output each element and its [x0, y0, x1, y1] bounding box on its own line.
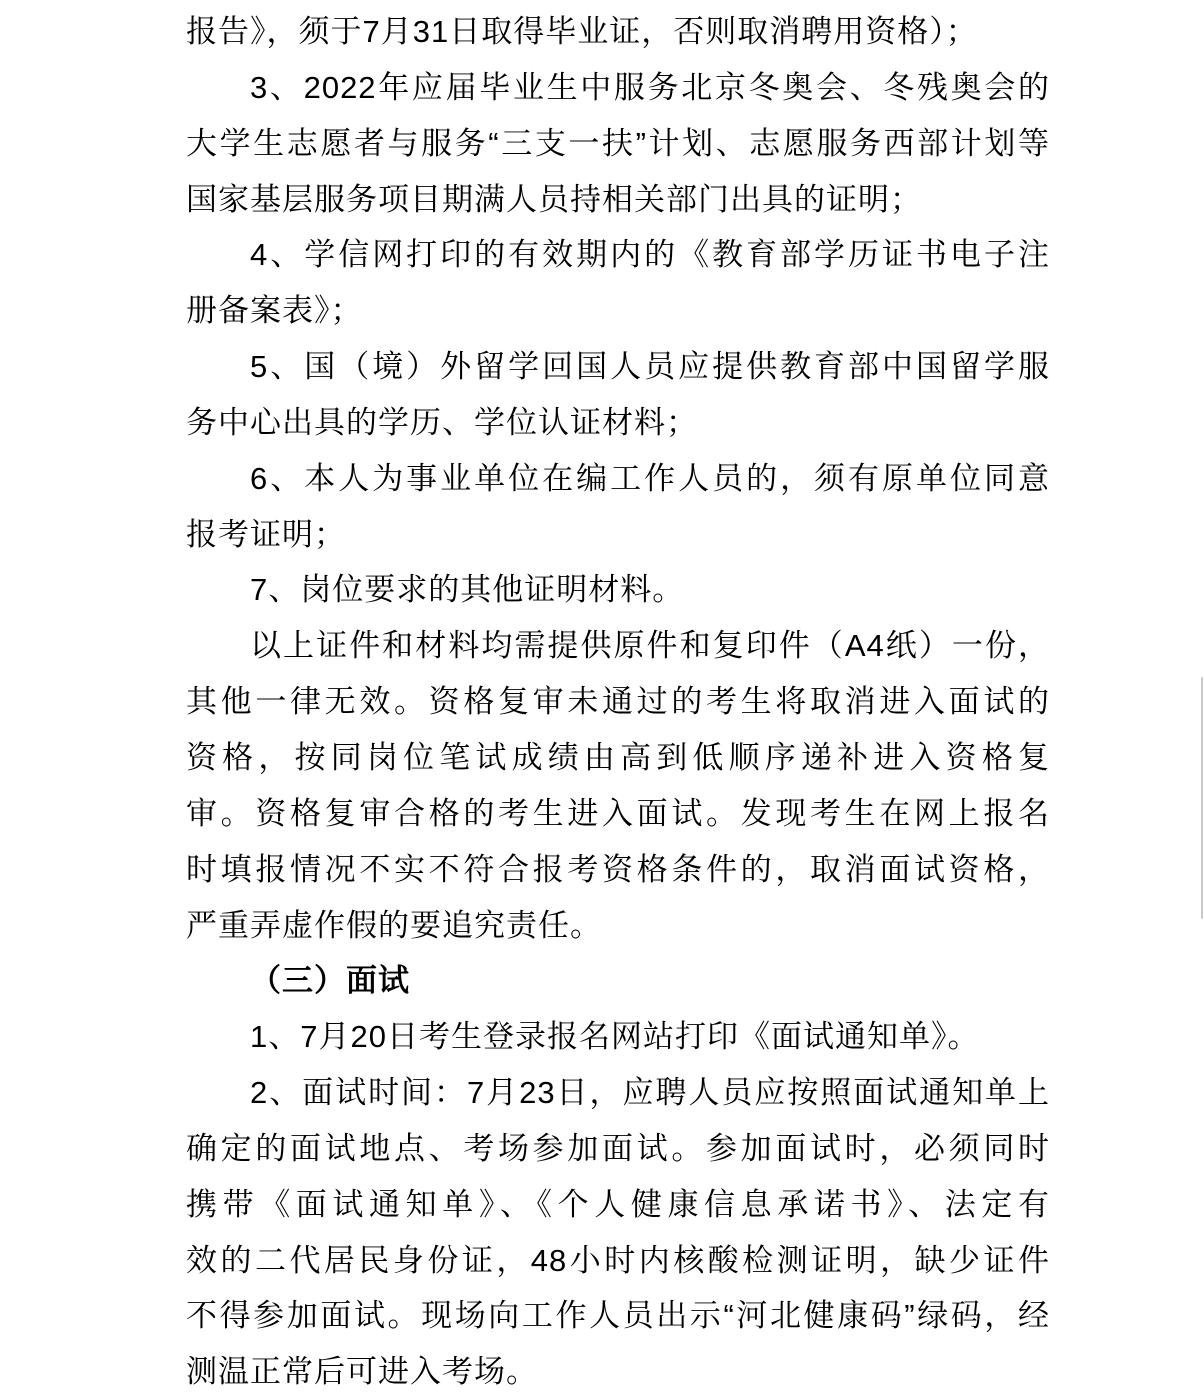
text-line: 6、本人为事业单位在编工作人员的，须有原单位同意 — [186, 451, 1050, 507]
text-line: 报告》，须于7月31日取得毕业证，否则取消聘用资格）； — [186, 4, 1050, 60]
section-heading: （三）面试 — [186, 953, 1050, 1009]
scrollbar-thumb[interactable] — [1201, 677, 1203, 919]
text-line: 资格，按同岗位笔试成绩由高到低顺序递补进入资格复 — [186, 730, 1050, 786]
text-line: 册备案表》； — [186, 283, 1050, 339]
text-line: 4、学信网打印的有效期内的《教育部学历证书电子注 — [186, 227, 1050, 283]
text-line: 不得参加面试。现场向工作人员出示“河北健康码”绿码，经 — [186, 1288, 1050, 1344]
document-text: 报告》，须于7月31日取得毕业证，否则取消聘用资格）；3、2022年应届毕业生中… — [186, 4, 1050, 1399]
text-line: 时填报情况不实不符合报考资格条件的，取消面试资格， — [186, 842, 1050, 898]
text-line: 2、面试时间：7月23日，应聘人员应按照面试通知单上 — [186, 1065, 1050, 1121]
text-line: 5、国（境）外留学回国人员应提供教育部中国留学服 — [186, 339, 1050, 395]
text-line: 严重弄虚作假的要追究责任。 — [186, 898, 1050, 954]
text-line: 1、7月20日考生登录报名网站打印《面试通知单》。 — [186, 1009, 1050, 1065]
text-line: 测温正常后可进入考场。 — [186, 1344, 1050, 1399]
text-line: 携带《面试通知单》、《个人健康信息承诺书》、法定有 — [186, 1177, 1050, 1233]
text-line: 大学生志愿者与服务“三支一扶”计划、志愿服务西部计划等 — [186, 116, 1050, 172]
text-line: 3、2022年应届毕业生中服务北京冬奥会、冬残奥会的 — [186, 60, 1050, 116]
text-line: 其他一律无效。资格复审未通过的考生将取消进入面试的 — [186, 674, 1050, 730]
text-line: 国家基层服务项目期满人员持相关部门出具的证明； — [186, 172, 1050, 228]
text-line: 务中心出具的学历、学位认证材料； — [186, 395, 1050, 451]
document-page: 报告》，须于7月31日取得毕业证，否则取消聘用资格）；3、2022年应届毕业生中… — [0, 0, 1204, 1399]
text-line: 报考证明； — [186, 507, 1050, 563]
text-line: 7、岗位要求的其他证明材料。 — [186, 562, 1050, 618]
text-line: 审。资格复审合格的考生进入面试。发现考生在网上报名 — [186, 786, 1050, 842]
text-line: 确定的面试地点、考场参加面试。参加面试时，必须同时 — [186, 1121, 1050, 1177]
text-line: 效的二代居民身份证，48小时内核酸检测证明，缺少证件 — [186, 1233, 1050, 1289]
text-line: 以上证件和材料均需提供原件和复印件（A4纸）一份， — [186, 618, 1050, 674]
